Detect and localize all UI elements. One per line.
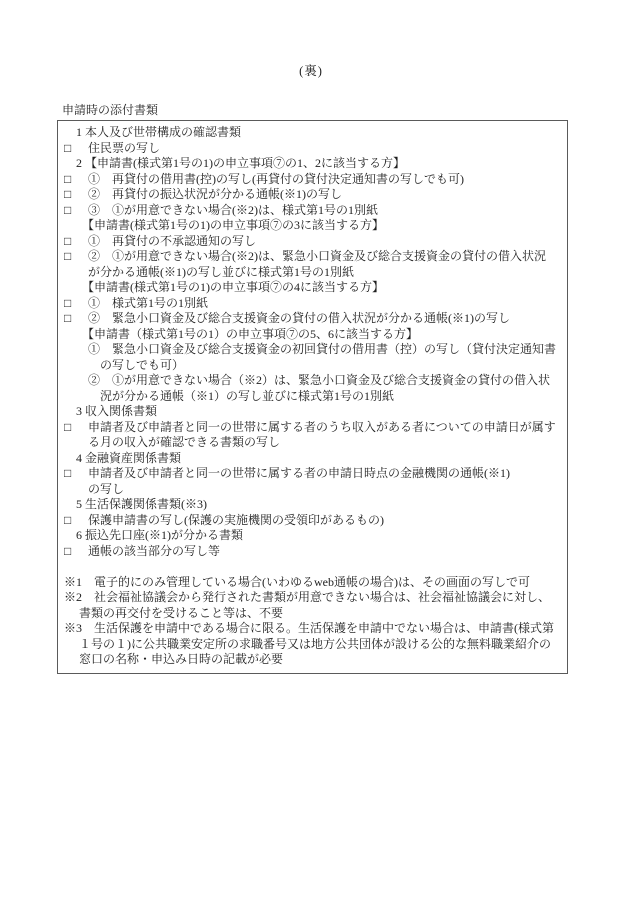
checkbox-icon: □ <box>64 311 88 327</box>
document-line: □ ② 緊急小口資金及び総合支援資金の貸付の借入状況が分かる通帳(※1)の写し <box>64 311 562 327</box>
line-text: 窓口の名称・申込み日時の記載が必要 <box>64 652 562 668</box>
line-text: の写し <box>64 482 562 498</box>
checkbox-icon: □ <box>64 544 88 560</box>
checkbox-icon: □ <box>64 141 88 157</box>
document-line: 4 金融資産関係書類 <box>64 451 562 467</box>
document-line: 書類の再交付を受けること等は、不要 <box>64 606 562 622</box>
checkbox-icon: □ <box>64 203 88 219</box>
checkbox-icon: □ <box>64 296 88 312</box>
checkbox-icon: □ <box>64 249 88 265</box>
line-text: ① 再貸付の不承認通知の写し <box>88 234 562 250</box>
document-line: 1 本人及び世帯構成の確認書類 <box>64 125 562 141</box>
checkbox-icon: □ <box>64 513 88 529</box>
checkbox-icon: □ <box>64 187 88 203</box>
document-line: □ ② ①が用意できない場合(※2)は、緊急小口資金及び総合支援資金の貸付の借入… <box>64 249 562 265</box>
checkbox-icon: □ <box>64 420 88 436</box>
line-text: 4 金融資産関係書類 <box>64 451 562 467</box>
document-line: の写し <box>64 482 562 498</box>
document-title: 申請時の添付書類 <box>62 101 158 118</box>
line-text: 申請者及び申請者と同一の世帯に属する者のうち収入がある者についての申請日が属す <box>88 420 562 436</box>
document-line: □ 申請者及び申請者と同一の世帯に属する者のうち収入がある者についての申請日が属… <box>64 420 562 436</box>
document-line: □ ① 様式第1号の1別紙 <box>64 296 562 312</box>
document-line <box>64 559 562 575</box>
line-text <box>64 559 562 575</box>
line-text: ① 緊急小口資金及び総合支援資金の初回貸付の借用書（控）の写し（貸付決定通知書 <box>64 342 562 358</box>
line-text: 5 生活保護関係書類(※3) <box>64 497 562 513</box>
document-line: が分かる通帳(※1)の写し並びに様式第1号の1別紙 <box>64 265 562 281</box>
line-text: ※2 社会福祉協議会から発行された書類が用意できない場合は、社会福祉協議会に対し… <box>64 590 562 606</box>
line-text: 【申請書（様式第1号の1）の申立事項⑦の5、6に該当する方】 <box>64 327 562 343</box>
document-line: □ ② 再貸付の振込状況が分かる通帳(※1)の写し <box>64 187 562 203</box>
document-line: 【申請書（様式第1号の1）の申立事項⑦の5、6に該当する方】 <box>64 327 562 343</box>
line-text: 申請者及び申請者と同一の世帯に属する者の申請日時点の金融機関の通帳(※1) <box>88 466 562 482</box>
line-text: が分かる通帳(※1)の写し並びに様式第1号の1別紙 <box>64 265 562 281</box>
document-line: 5 生活保護関係書類(※3) <box>64 497 562 513</box>
line-text: 【申請書(様式第1号の1)の申立事項⑦の4に該当する方】 <box>64 280 562 296</box>
line-text: 況が分かる通帳（※1）の写し並びに様式第1号の1別紙 <box>64 389 562 405</box>
document-line: 【申請書(様式第1号の1)の申立事項⑦の4に該当する方】 <box>64 280 562 296</box>
checkbox-icon: □ <box>64 466 88 482</box>
attachment-documents-box: 1 本人及び世帯構成の確認書類 □ 住民票の写し 2 【申請書(様式第1号の1)… <box>57 120 568 674</box>
document-line: ② ①が用意できない場合（※2）は、緊急小口資金及び総合支援資金の貸付の借入状 <box>64 373 562 389</box>
line-text: 【申請書(様式第1号の1)の申立事項⑦の3に該当する方】 <box>64 218 562 234</box>
line-text: 保護申請書の写し(保護の実施機関の受領印があるもの) <box>88 513 562 529</box>
line-text: ③ ①が用意できない場合(※2)は、様式第1号の1別紙 <box>88 203 562 219</box>
document-line: 2 【申請書(様式第1号の1)の申立事項⑦の1、2に該当する方】 <box>64 156 562 172</box>
document-line: □ ① 再貸付の借用書(控)の写し(再貸付の貸付決定通知書の写しでも可) <box>64 172 562 188</box>
line-text: ① 様式第1号の1別紙 <box>88 296 562 312</box>
document-line: １号の１)に公共職業安定所の求職番号又は地方公共団体が設ける公的な無料職業紹介の <box>64 637 562 653</box>
document-line: □ 保護申請書の写し(保護の実施機関の受領印があるもの) <box>64 513 562 529</box>
line-text: 3 収入関係書類 <box>64 404 562 420</box>
line-text: ② 再貸付の振込状況が分かる通帳(※1)の写し <box>88 187 562 203</box>
document-line: ※3 生活保護を申請中である場合に限る。生活保護を申請中でない場合は、申請書(様… <box>64 621 562 637</box>
line-text: 6 振込先口座(※1)が分かる書類 <box>64 528 562 544</box>
document-line: 況が分かる通帳（※1）の写し並びに様式第1号の1別紙 <box>64 389 562 405</box>
line-text: ※1 電子的にのみ管理している場合(いわゆるweb通帳の場合)は、その画面の写し… <box>64 575 562 591</box>
page-side-label: (裏) <box>0 61 622 79</box>
document-line: ※1 電子的にのみ管理している場合(いわゆるweb通帳の場合)は、その画面の写し… <box>64 575 562 591</box>
document-line: ※2 社会福祉協議会から発行された書類が用意できない場合は、社会福祉協議会に対し… <box>64 590 562 606</box>
document-line: る月の収入が確認できる書類の写し <box>64 435 562 451</box>
line-text: 通帳の該当部分の写し等 <box>88 544 562 560</box>
document-line: □ 申請者及び申請者と同一の世帯に属する者の申請日時点の金融機関の通帳(※1) <box>64 466 562 482</box>
document-line: □ ① 再貸付の不承認通知の写し <box>64 234 562 250</box>
line-text: １号の１)に公共職業安定所の求職番号又は地方公共団体が設ける公的な無料職業紹介の <box>64 637 562 653</box>
document-line: ① 緊急小口資金及び総合支援資金の初回貸付の借用書（控）の写し（貸付決定通知書 <box>64 342 562 358</box>
document-line: 3 収入関係書類 <box>64 404 562 420</box>
line-text: ① 再貸付の借用書(控)の写し(再貸付の貸付決定通知書の写しでも可) <box>88 172 562 188</box>
line-text: ※3 生活保護を申請中である場合に限る。生活保護を申請中でない場合は、申請書(様… <box>64 621 562 637</box>
line-text: の写しでも可） <box>64 358 562 374</box>
checkbox-icon: □ <box>64 172 88 188</box>
line-text: 1 本人及び世帯構成の確認書類 <box>64 125 562 141</box>
checkbox-icon: □ <box>64 234 88 250</box>
document-line: 窓口の名称・申込み日時の記載が必要 <box>64 652 562 668</box>
line-text: ② 緊急小口資金及び総合支援資金の貸付の借入状況が分かる通帳(※1)の写し <box>88 311 562 327</box>
line-text: ② ①が用意できない場合(※2)は、緊急小口資金及び総合支援資金の貸付の借入状況 <box>88 249 562 265</box>
document-line: □ 通帳の該当部分の写し等 <box>64 544 562 560</box>
document-line: □ ③ ①が用意できない場合(※2)は、様式第1号の1別紙 <box>64 203 562 219</box>
line-text: 2 【申請書(様式第1号の1)の申立事項⑦の1、2に該当する方】 <box>64 156 562 172</box>
document-line: の写しでも可） <box>64 358 562 374</box>
line-text: る月の収入が確認できる書類の写し <box>64 435 562 451</box>
line-text: ② ①が用意できない場合（※2）は、緊急小口資金及び総合支援資金の貸付の借入状 <box>64 373 562 389</box>
document-line: □ 住民票の写し <box>64 141 562 157</box>
document-line: 【申請書(様式第1号の1)の申立事項⑦の3に該当する方】 <box>64 218 562 234</box>
line-text: 書類の再交付を受けること等は、不要 <box>64 606 562 622</box>
line-text: 住民票の写し <box>88 141 562 157</box>
document-line: 6 振込先口座(※1)が分かる書類 <box>64 528 562 544</box>
